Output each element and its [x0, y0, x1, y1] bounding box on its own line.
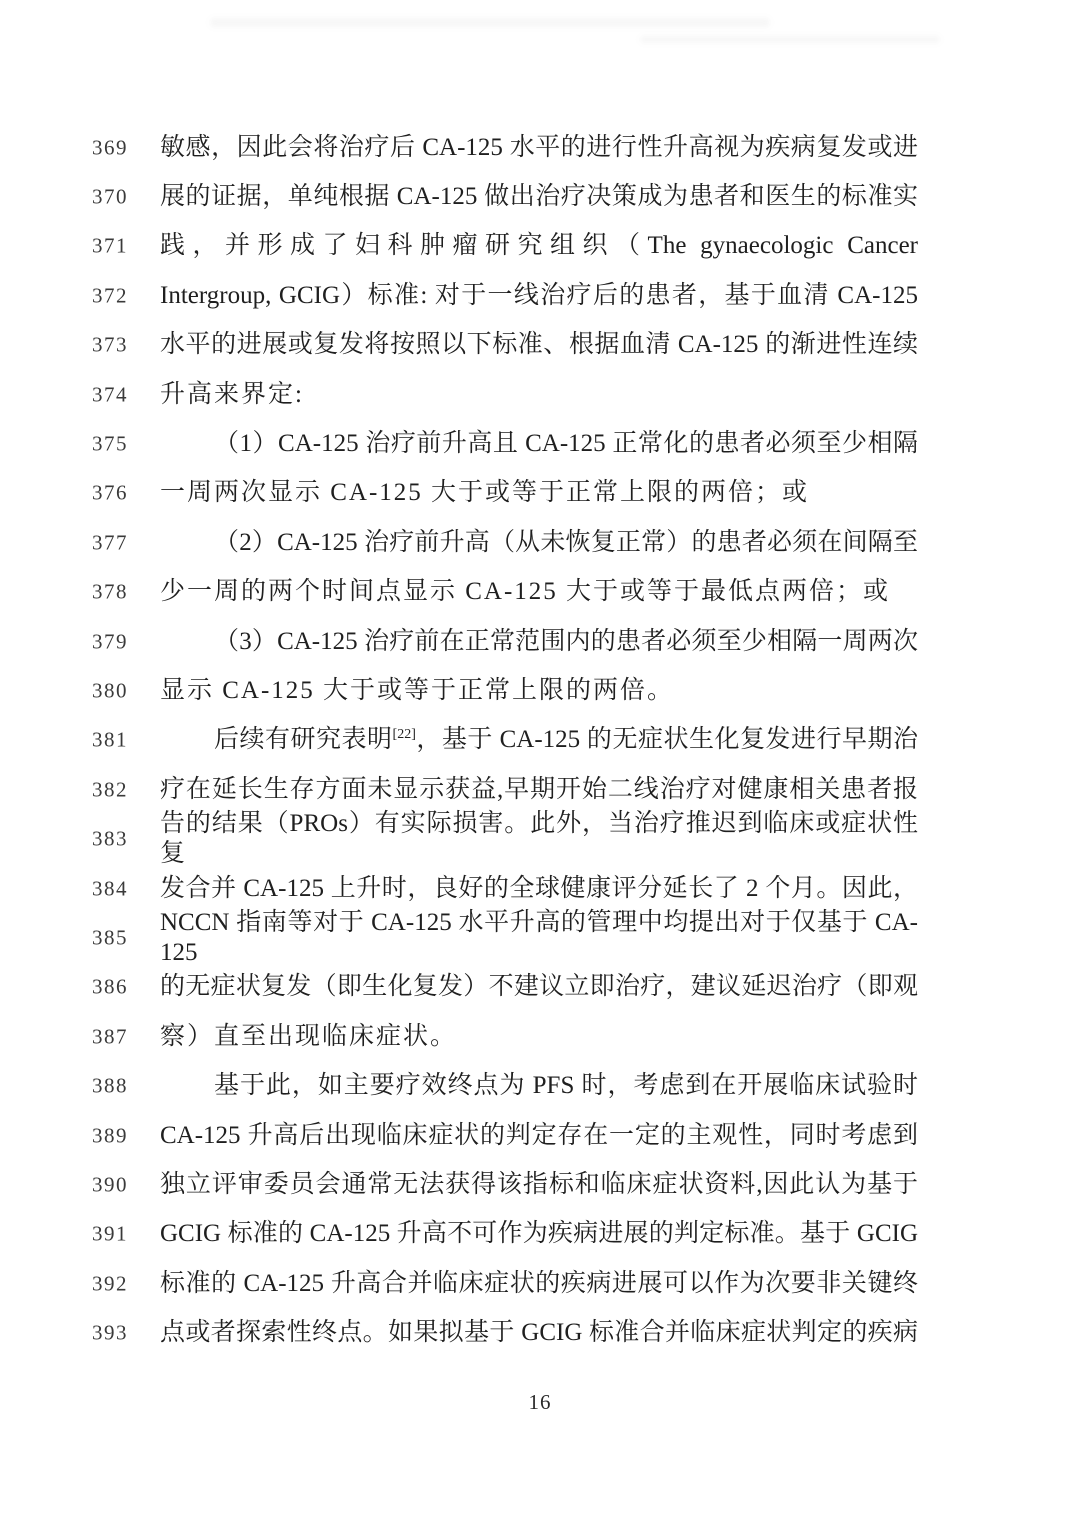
line-text: 点或者探索性终点。如果拟基于 GCIG 标准合并临床症状判定的疾病	[160, 1318, 918, 1348]
line-text: NCCN 指南等对于 CA-125 水平升高的管理中均提出对于仅基于 CA-12…	[160, 908, 918, 968]
text-line: 392标准的 CA-125 升高合并临床症状的疾病进展可以作为次要非关键终	[0, 1259, 1080, 1308]
scan-artifact	[210, 18, 770, 27]
line-text: Intergroup, GCIG）标准: 对于一线治疗后的患者，基于血清 CA-…	[160, 281, 918, 311]
page-number: 16	[0, 1390, 1080, 1415]
citation-superscript: [22]	[393, 727, 416, 742]
line-number: 387	[92, 1024, 128, 1049]
line-number: 384	[92, 876, 128, 901]
text-line: 374升高来界定:	[0, 370, 1080, 419]
line-number: 386	[92, 975, 128, 1000]
text-line: 371践，并形成了妇科肿瘤研究组织（The gynaecologic Cance…	[0, 222, 1080, 271]
line-text: CA-125 升高后出现临床症状的判定存在一定的主观性，同时考虑到	[160, 1121, 918, 1151]
text-line: 388基于此，如主要疗效终点为 PFS 时，考虑到在开展临床试验时	[0, 1061, 1080, 1110]
line-text: 敏感，因此会将治疗后 CA-125 水平的进行性升高视为疾病复发或进	[160, 133, 918, 163]
text-lines: 369敏感，因此会将治疗后 CA-125 水平的进行性升高视为疾病复发或进370…	[0, 123, 1080, 1358]
line-number: 388	[92, 1074, 128, 1099]
line-text: 基于此，如主要疗效终点为 PFS 时，考虑到在开展临床试验时	[160, 1071, 918, 1101]
text-line: 385NCCN 指南等对于 CA-125 水平升高的管理中均提出对于仅基于 CA…	[0, 913, 1080, 962]
text-line: 391GCIG 标准的 CA-125 升高不可作为疾病进展的判定标准。基于 GC…	[0, 1210, 1080, 1259]
line-number: 393	[92, 1321, 128, 1346]
line-text: 践，并形成了妇科肿瘤研究组织（The gynaecologic Cancer	[160, 231, 918, 261]
line-text: 水平的进展或复发将按照以下标准、根据血清 CA-125 的渐进性连续	[160, 330, 918, 360]
scan-artifact	[640, 36, 940, 43]
text-line: 380显示 CA-125 大于或等于正常上限的两倍。	[0, 666, 1080, 715]
line-number: 383	[92, 827, 128, 852]
line-number: 378	[92, 580, 128, 605]
line-text: 一周两次显示 CA-125 大于或等于正常上限的两倍；或	[160, 478, 918, 508]
text-line: 384发合并 CA-125 上升时，良好的全球健康评分延长了 2 个月。因此，	[0, 864, 1080, 913]
text-line: 378少一周的两个时间点显示 CA-125 大于或等于最低点两倍；或	[0, 568, 1080, 617]
text-line: 387察）直至出现临床症状。	[0, 1012, 1080, 1061]
text-line: 372Intergroup, GCIG）标准: 对于一线治疗后的患者，基于血清 …	[0, 271, 1080, 320]
line-text-segment: ，基于 CA-125 的无症状生化复发进行早期治	[416, 726, 918, 753]
line-text: 的无症状复发（即生化复发）不建议立即治疗，建议延迟治疗（即观	[160, 972, 918, 1002]
text-line: 370展的证据，单纯根据 CA-125 做出治疗决策成为患者和医生的标准实	[0, 172, 1080, 221]
text-line: 375（1）CA-125 治疗前升高且 CA-125 正常化的患者必须至少相隔	[0, 419, 1080, 468]
text-line: 373水平的进展或复发将按照以下标准、根据血清 CA-125 的渐进性连续	[0, 321, 1080, 370]
text-line: 393点或者探索性终点。如果拟基于 GCIG 标准合并临床症状判定的疾病	[0, 1308, 1080, 1357]
document-page: 369敏感，因此会将治疗后 CA-125 水平的进行性升高视为疾病复发或进370…	[0, 0, 1080, 1527]
line-text: 升高来界定:	[160, 380, 918, 410]
text-line: 379（3）CA-125 治疗前在正常范围内的患者必须至少相隔一周两次	[0, 617, 1080, 666]
line-number: 377	[92, 530, 128, 555]
line-number: 376	[92, 481, 128, 506]
text-line: 377（2）CA-125 治疗前升高（从未恢复正常）的患者必须在间隔至	[0, 518, 1080, 567]
line-number: 370	[92, 185, 128, 210]
text-line: 383告的结果（PROs）有实际损害。此外，当治疗推迟到临床或症状性复	[0, 814, 1080, 863]
line-text: 显示 CA-125 大于或等于正常上限的两倍。	[160, 676, 918, 706]
line-number: 380	[92, 678, 128, 703]
line-text: 告的结果（PROs）有实际损害。此外，当治疗推迟到临床或症状性复	[160, 809, 918, 869]
line-text: 后续有研究表明[22]，基于 CA-125 的无症状生化复发进行早期治	[160, 725, 918, 755]
line-number: 385	[92, 925, 128, 950]
text-line: 369敏感，因此会将治疗后 CA-125 水平的进行性升高视为疾病复发或进	[0, 123, 1080, 172]
line-text: 发合并 CA-125 上升时，良好的全球健康评分延长了 2 个月。因此，	[160, 874, 918, 904]
line-text: 展的证据，单纯根据 CA-125 做出治疗决策成为患者和医生的标准实	[160, 182, 918, 212]
text-line: 386的无症状复发（即生化复发）不建议立即治疗，建议延迟治疗（即观	[0, 963, 1080, 1012]
line-text: 疗在延长生存方面未显示获益,早期开始二线治疗对健康相关患者报	[160, 775, 918, 805]
text-line: 376一周两次显示 CA-125 大于或等于正常上限的两倍；或	[0, 469, 1080, 518]
line-text: 察）直至出现临床症状。	[160, 1022, 918, 1052]
line-number: 382	[92, 777, 128, 802]
line-number: 371	[92, 234, 128, 259]
line-number: 389	[92, 1123, 128, 1148]
line-text: （1）CA-125 治疗前升高且 CA-125 正常化的患者必须至少相隔	[160, 429, 918, 459]
line-number: 369	[92, 135, 128, 160]
line-number: 374	[92, 382, 128, 407]
text-line: 381后续有研究表明[22]，基于 CA-125 的无症状生化复发进行早期治	[0, 716, 1080, 765]
line-text-segment: 后续有研究表明	[214, 726, 393, 753]
line-number: 379	[92, 629, 128, 654]
line-number: 381	[92, 728, 128, 753]
text-line: 382疗在延长生存方面未显示获益,早期开始二线治疗对健康相关患者报	[0, 765, 1080, 814]
line-number: 391	[92, 1222, 128, 1247]
line-text: 标准的 CA-125 升高合并临床症状的疾病进展可以作为次要非关键终	[160, 1269, 918, 1299]
line-number: 375	[92, 432, 128, 457]
line-number: 372	[92, 283, 128, 308]
line-text: 独立评审委员会通常无法获得该指标和临床症状资料,因此认为基于	[160, 1170, 918, 1200]
line-number: 392	[92, 1271, 128, 1296]
line-number: 373	[92, 333, 128, 358]
line-text: （2）CA-125 治疗前升高（从未恢复正常）的患者必须在间隔至	[160, 528, 918, 558]
line-number: 390	[92, 1172, 128, 1197]
text-line: 389CA-125 升高后出现临床症状的判定存在一定的主观性，同时考虑到	[0, 1111, 1080, 1160]
line-text: GCIG 标准的 CA-125 升高不可作为疾病进展的判定标准。基于 GCIG	[160, 1219, 918, 1249]
line-text: （3）CA-125 治疗前在正常范围内的患者必须至少相隔一周两次	[160, 627, 918, 657]
text-line: 390独立评审委员会通常无法获得该指标和临床症状资料,因此认为基于	[0, 1160, 1080, 1209]
line-text: 少一周的两个时间点显示 CA-125 大于或等于最低点两倍；或	[160, 577, 918, 607]
